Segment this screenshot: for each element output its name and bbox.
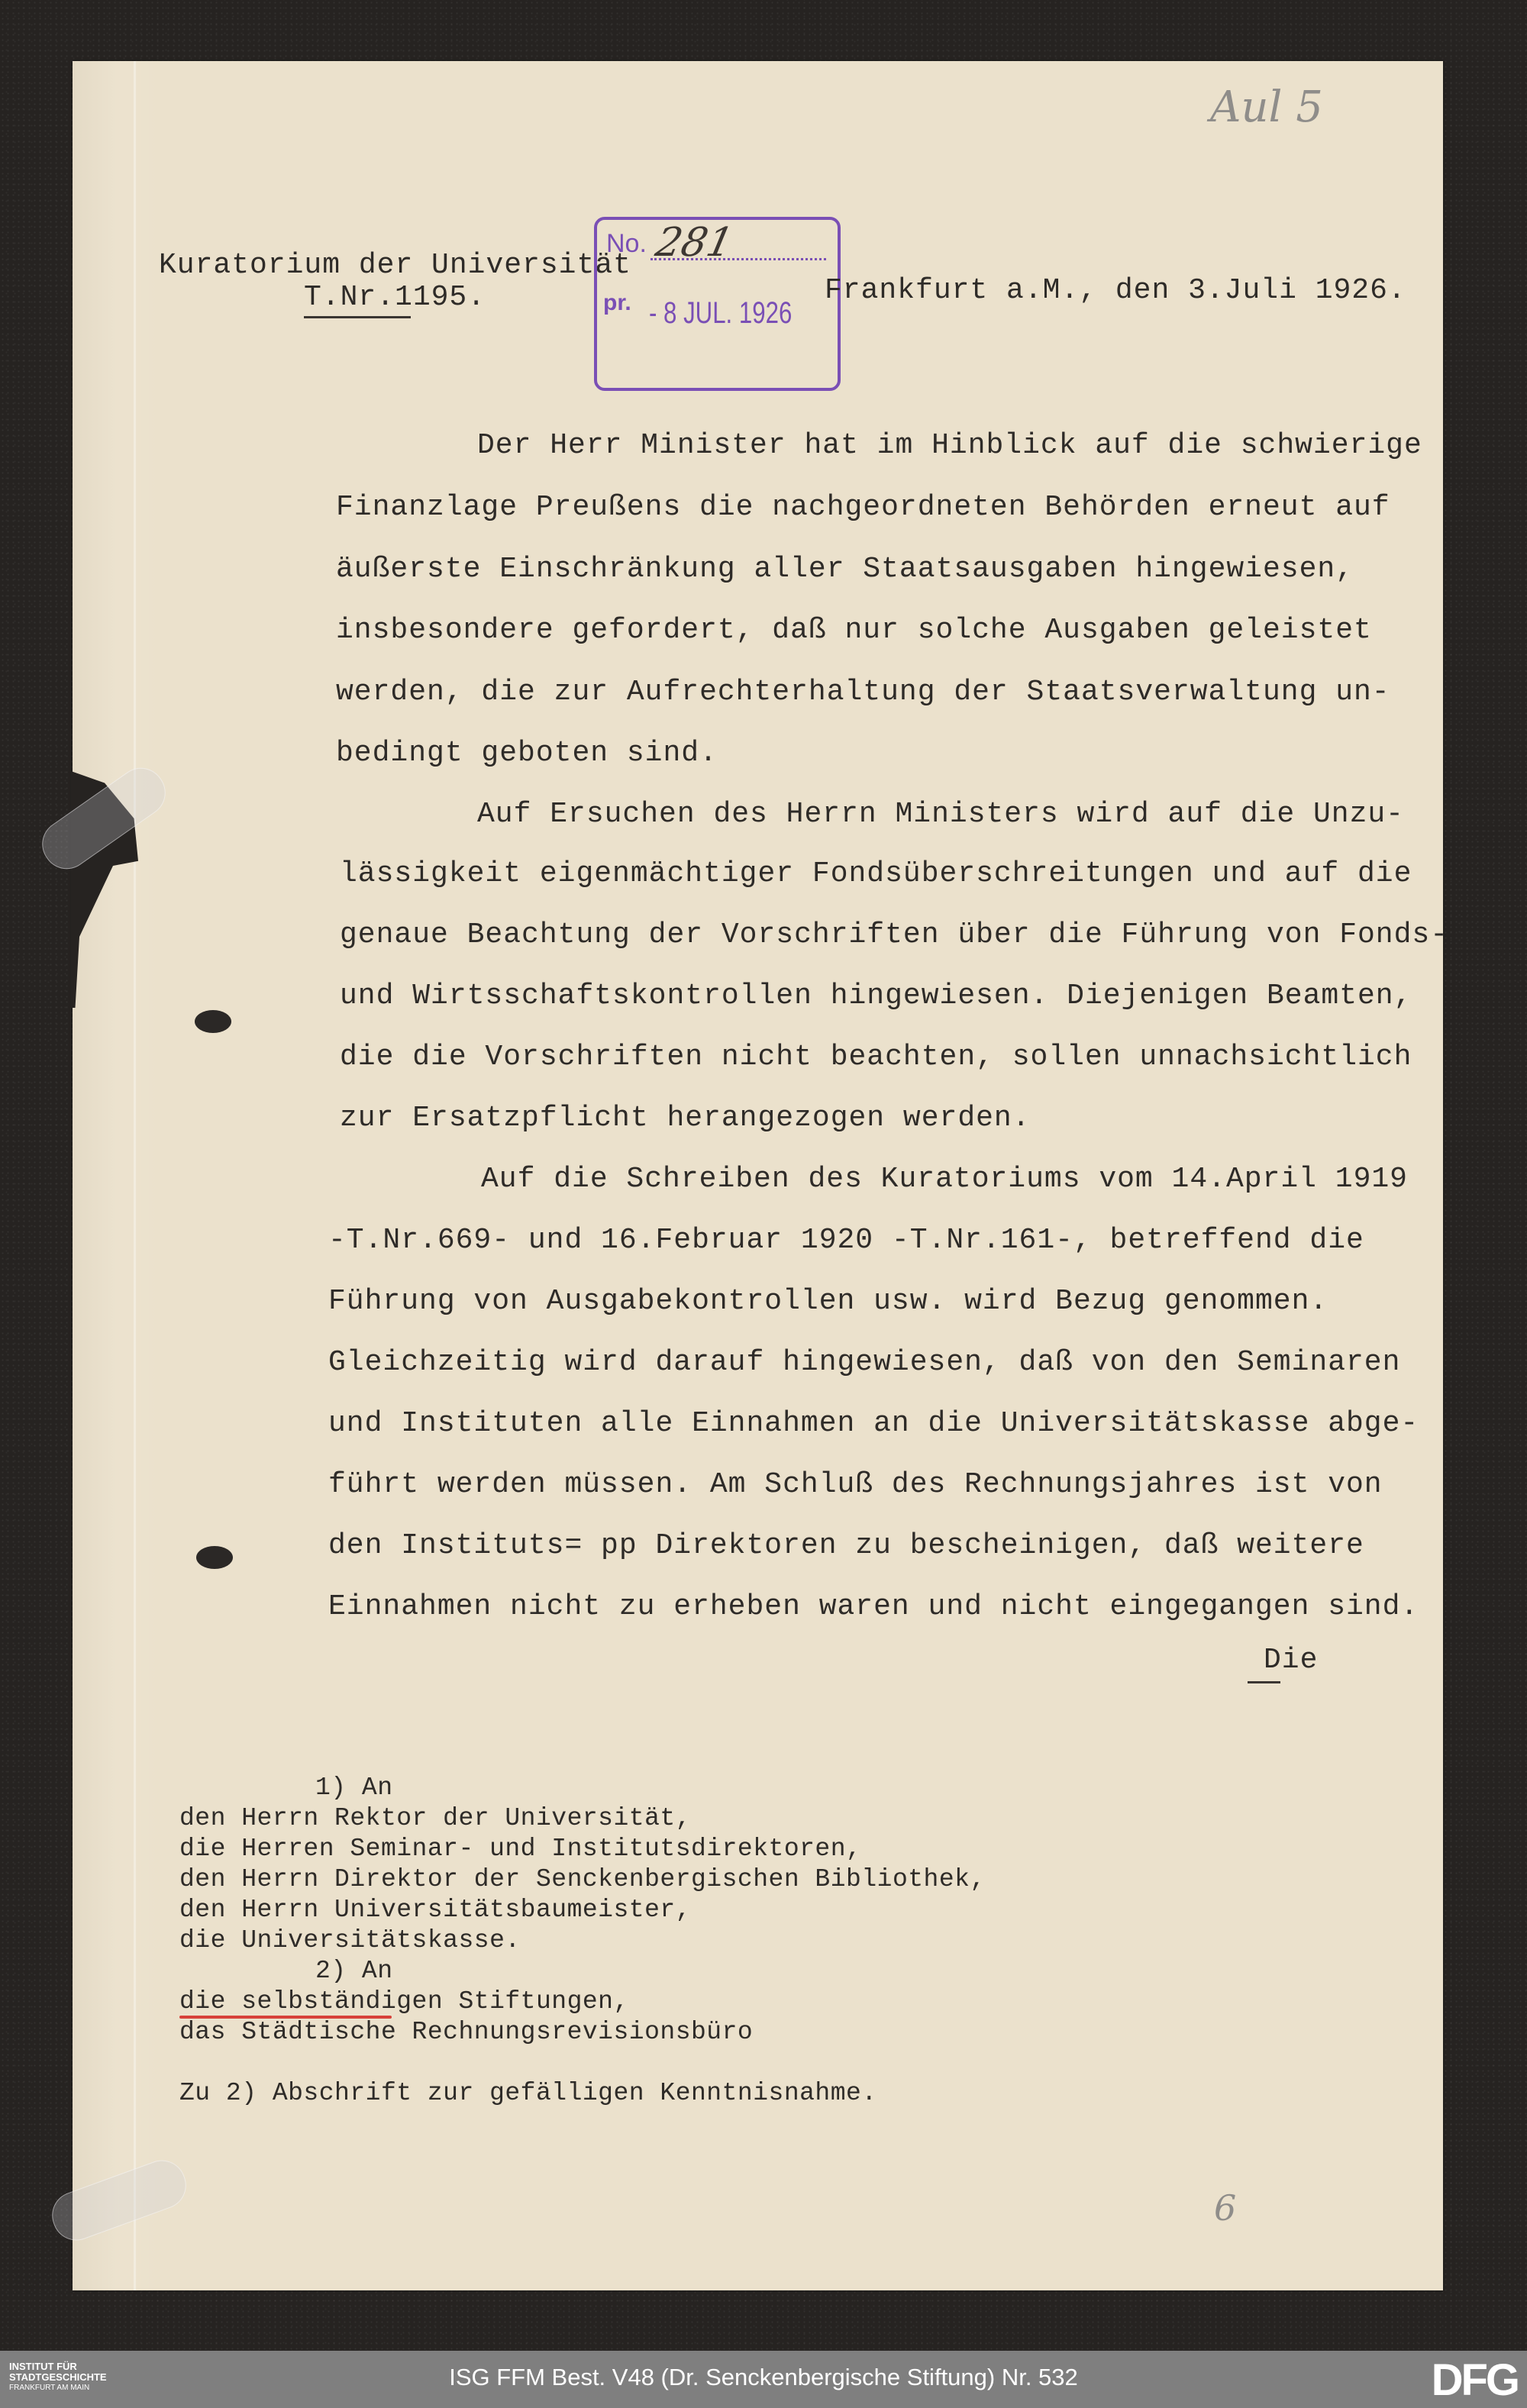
body-line: und Instituten alle Einnahmen an die Uni… — [328, 1407, 1419, 1440]
punch-hole-bottom — [196, 1546, 233, 1569]
body-line: Finanzlage Preußens die nachgeordneten B… — [336, 491, 1390, 524]
ref-underline — [304, 316, 411, 318]
stamp-pr-label: pr. — [603, 290, 631, 316]
body-line: den Instituts= pp Direktoren zu beschein… — [328, 1529, 1364, 1562]
paper-fold — [134, 61, 136, 2290]
body-line: Führung von Ausgabekontrollen usw. wird … — [328, 1285, 1328, 1318]
archive-caption: ISG FFM Best. V48 (Dr. Senckenbergische … — [0, 2364, 1527, 2391]
body-line: Der Herr Minister hat im Hinblick auf di… — [477, 429, 1422, 462]
recipients-1-heading: 1) An — [315, 1774, 393, 1802]
stamp-handwritten-number: 281 — [652, 220, 738, 266]
body-line: -T.Nr.669- und 16.Februar 1920 -T.Nr.161… — [328, 1224, 1364, 1257]
body-line: werden, die zur Aufrechterhaltung der St… — [336, 676, 1390, 709]
sender-ref-number: T.Nr.1195. — [304, 281, 486, 314]
body-line: zur Ersatzpflicht herangezogen werden. — [340, 1102, 1031, 1135]
recipient-line: die Universitätskasse. — [179, 1926, 521, 1954]
body-line: bedingt geboten sind. — [336, 737, 718, 770]
catchword: Die — [1264, 1644, 1318, 1677]
body-line: Gleichzeitig wird darauf hingewiesen, da… — [328, 1346, 1400, 1379]
recipients-2-heading: 2) An — [315, 1957, 393, 1985]
body-line: Einnahmen nicht zu erheben waren und nic… — [328, 1590, 1419, 1623]
body-line: Auf Ersuchen des Herrn Ministers wird au… — [477, 798, 1404, 831]
pencil-page-number: 6 — [1214, 2187, 1236, 2229]
stamp-date: - 8 JUL. 1926 — [649, 296, 792, 331]
stamp-no-label: No. — [606, 229, 647, 259]
body-line: genaue Beachtung der Vorschriften über d… — [340, 918, 1448, 951]
body-line: Auf die Schreiben des Kuratoriums vom 14… — [481, 1163, 1408, 1196]
archive-footer: INSTITUT FÜR STADTGESCHICHTE FRANKFURT A… — [0, 2351, 1527, 2408]
body-line: führt werden müssen. Am Schluß des Rechn… — [328, 1468, 1383, 1501]
body-line: insbesondere gefordert, daß nur solche A… — [336, 614, 1372, 647]
recipient-line: den Herrn Direktor der Senckenbergischen… — [179, 1865, 986, 1893]
recipient-line: den Herrn Universitätsbaumeister, — [179, 1896, 691, 1924]
pencil-annotation-top: Aul 5 — [1210, 82, 1323, 132]
place-and-date: Frankfurt a.M., den 3.Juli 1926. — [825, 274, 1406, 307]
body-line: die die Vorschriften nicht beachten, sol… — [340, 1041, 1412, 1073]
recipient-line: den Herrn Rektor der Universität, — [179, 1804, 691, 1832]
recipient-line: das Städtische Rechnungsrevisionsbüro — [179, 2018, 753, 2046]
body-line: lässigkeit eigenmächtiger Fondsüberschre… — [340, 857, 1412, 890]
catchword-underline — [1248, 1681, 1280, 1683]
sender-name: Kuratorium der Universität — [159, 249, 631, 282]
recipient-line: die Herren Seminar- und Institutsdirekto… — [179, 1835, 861, 1863]
copy-note: Zu 2) Abschrift zur gefälligen Kenntnisn… — [179, 2079, 877, 2107]
plastic-clip-bottom — [46, 2154, 193, 2247]
recipient-line: die selbständigen Stiftungen, — [179, 1987, 629, 2016]
body-line: und Wirtsschaftskontrollen hingewiesen. … — [340, 980, 1412, 1012]
body-line: äußerste Einschränkung aller Staatsausga… — [336, 553, 1354, 586]
dfg-logo: DFG — [1432, 2358, 1518, 2403]
document-page: Aul 5 Kuratorium der Universität T.Nr.11… — [73, 61, 1443, 2290]
punch-hole-top — [195, 1010, 231, 1033]
receipt-stamp: No. 281 pr. - 8 JUL. 1926 — [594, 217, 841, 391]
